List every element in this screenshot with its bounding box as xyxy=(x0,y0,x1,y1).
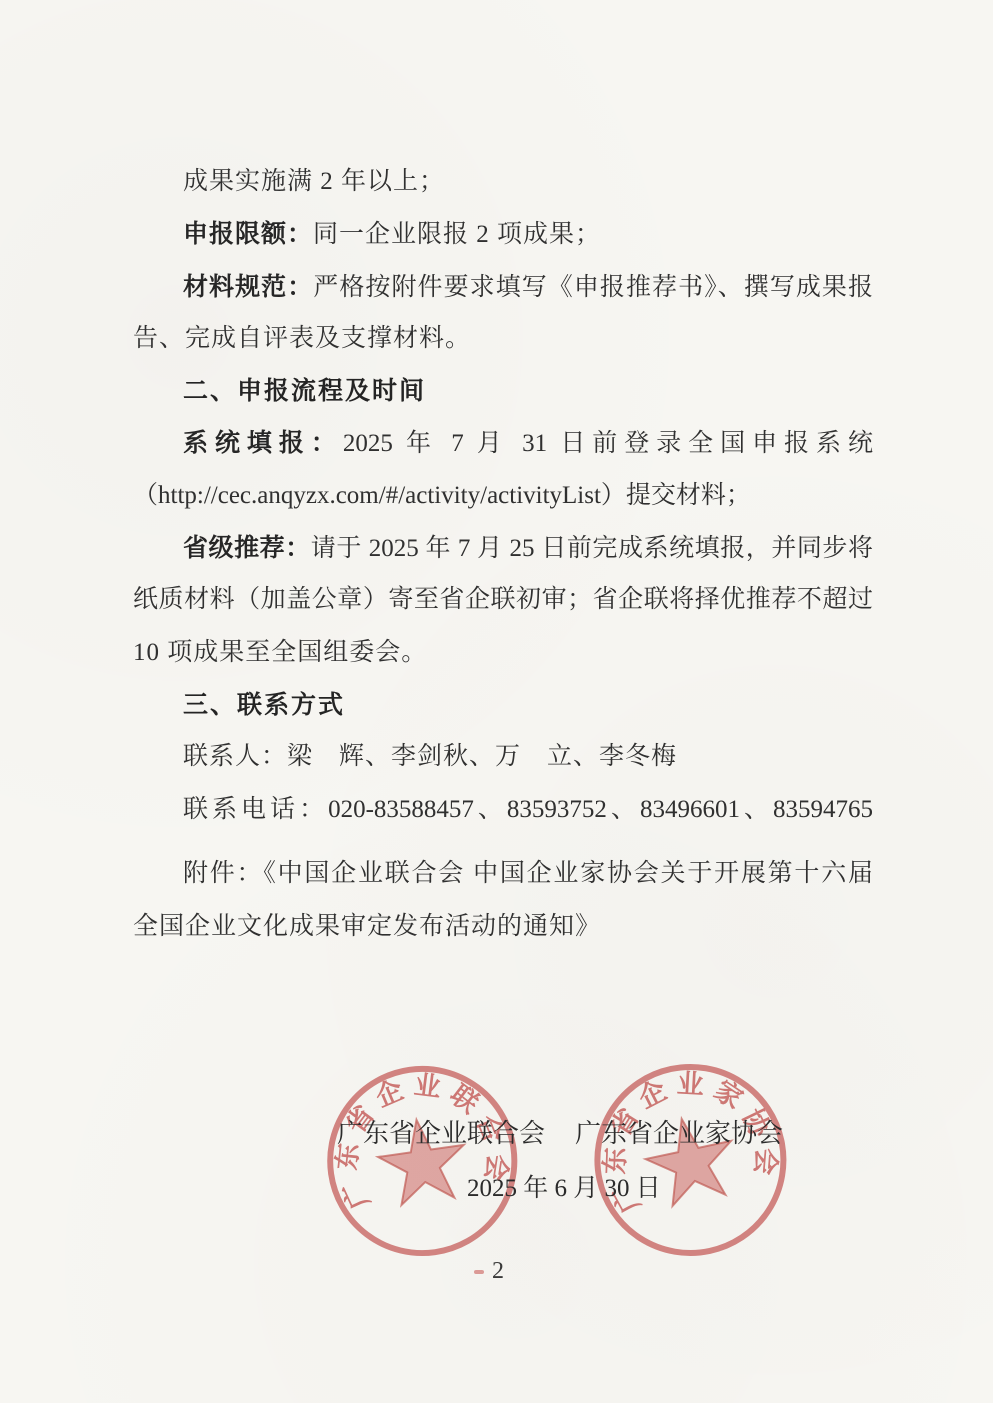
line-text: 全国企业文化成果审定发布活动的通知》 xyxy=(133,913,601,940)
line-text: （http://cec.anqyzx.com/#/activity/activi… xyxy=(133,482,751,509)
official-stamp-right: 广东省企业家协会 xyxy=(571,1039,808,1276)
page-number: 2 xyxy=(492,1258,504,1285)
signoff-date: 2025 年 6 月 30 日 xyxy=(467,1173,661,1205)
paragraph-line: 材料规范：严格按附件要求填写《申报推荐书》、撰写成果报 xyxy=(133,271,873,304)
attachment-line: 附件：《中国企业联合会 中国企业家协会关于开展第十六届 xyxy=(133,858,873,890)
paragraph-line: 系统填报：2025 年 7 月 31 日前登录全国申报系统 xyxy=(133,427,873,460)
paragraph-line: 成果实施满 2 年以上； xyxy=(133,166,873,198)
contact-phone-line: 联系电话：020-83588457、83593752、83496601、8359… xyxy=(133,794,873,826)
url-line: （http://cec.anqyzx.com/#/activity/activi… xyxy=(133,480,873,512)
line-label: 材料规范： xyxy=(183,273,313,301)
scanned-document-page: 成果实施满 2 年以上； 申报限额：同一企业限报 2 项成果； 材料规范：严格按… xyxy=(0,0,993,1403)
paragraph-line: 省级推荐：请于 2025 年 7 月 25 日前完成系统填报，并同步将 xyxy=(133,532,873,565)
stamp-ink-speck xyxy=(474,1270,484,1274)
org-name-2: 广东省企业家协会 xyxy=(575,1119,783,1148)
line-label: 系统填报： xyxy=(183,429,343,457)
line-text: 纸质材料（加盖公章）寄至省企联初审；省企联将择优推荐不超过 xyxy=(133,586,873,613)
section-heading: 三、联系方式 xyxy=(133,689,873,722)
line-text: 联系人：梁 辉、李剑秋、万 立、李冬梅 xyxy=(183,743,677,770)
line-text: 联系电话：020-83588457、83593752、83496601、8359… xyxy=(183,796,873,823)
line-text: 同一企业限报 2 项成果； xyxy=(313,221,601,248)
contact-person-line: 联系人：梁 辉、李剑秋、万 立、李冬梅 xyxy=(133,741,873,773)
line-text: 2025 年 7 月 31 日前登录全国申报系统 xyxy=(343,430,873,457)
line-text: 成果实施满 2 年以上； xyxy=(183,168,445,195)
line-text: 附件：《中国企业联合会 中国企业家协会关于开展第十六届 xyxy=(183,860,873,887)
org-name-1: 广东省企业联合会 xyxy=(337,1119,545,1148)
heading-text: 三、联系方式 xyxy=(183,691,345,719)
paragraph-line: 纸质材料（加盖公章）寄至省企联初审；省企联将择优推荐不超过 xyxy=(133,584,873,616)
heading-text: 二、申报流程及时间 xyxy=(183,377,426,405)
attachment-line: 全国企业文化成果审定发布活动的通知》 xyxy=(133,911,873,943)
line-label: 省级推荐： xyxy=(183,534,311,562)
line-label: 申报限额： xyxy=(183,220,313,248)
line-text: 10 项成果至全国组委会。 xyxy=(133,639,427,666)
official-stamp-left: 广东省企业联合会 xyxy=(310,1047,534,1271)
line-text: 告、完成自评表及支撑材料。 xyxy=(133,325,471,352)
paragraph-line: 告、完成自评表及支撑材料。 xyxy=(133,323,873,355)
signoff-organizations: 广东省企业联合会广东省企业家协会 xyxy=(337,1118,783,1150)
paragraph-line: 10 项成果至全国组委会。 xyxy=(133,637,873,669)
section-heading: 二、申报流程及时间 xyxy=(133,375,873,408)
line-text: 请于 2025 年 7 月 25 日前完成系统填报，并同步将 xyxy=(311,535,873,562)
line-text: 严格按附件要求填写《申报推荐书》、撰写成果报 xyxy=(313,274,873,301)
paragraph-line: 申报限额：同一企业限报 2 项成果； xyxy=(133,218,873,251)
